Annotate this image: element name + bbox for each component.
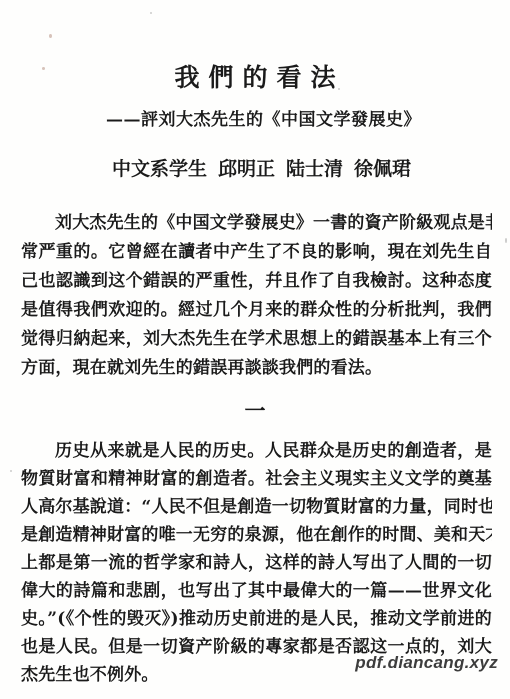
body-line: 刘大杰先生的《中国文学發展史》一書的資产阶級观点是非 — [21, 209, 492, 238]
paragraph-2: 历史从来就是人民的历史。人民群众是历史的創造者，是 物質財富和精神財富的創造者。… — [21, 437, 492, 689]
body-line: 是創造精神財富的唯一无穷的泉源，他在創作的时間、美和天才 — [21, 521, 492, 549]
body-line: 历史从来就是人民的历史。人民群众是历史的創造者，是 — [21, 437, 492, 465]
body-line: 己也認識到这个錯誤的严重性，幷且作了自我檢討。这种态度 — [21, 267, 492, 296]
byline-author: 陆士清 — [286, 154, 343, 181]
body-line: 人高尔基說道：“人民不但是創造一切物質財富的力量，同时也 — [21, 493, 492, 521]
body-line: 觉得归納起来，刘大杰先生在学术思想上的錯誤基本上有三个 — [21, 325, 492, 354]
scan-speck — [150, 12, 152, 14]
scanned-document-page: 我們的看法 ——評刘大杰先生的《中国文学發展史》 中文系学生 邱明正 陆士清 徐… — [0, 0, 510, 699]
watermark: pdf.diancang.xyz — [355, 653, 498, 673]
scan-speck — [49, 34, 52, 38]
section-marker: 一 — [0, 395, 510, 425]
byline-affiliation: 中文系学生 — [112, 154, 207, 181]
byline-author: 徐佩珺 — [354, 154, 411, 181]
article-subtitle: ——評刘大杰先生的《中国文学發展史》 — [106, 105, 421, 130]
body-line: 史。”(《个性的毁灭》)推动历史前进的是人民，推动文学前进的 — [21, 605, 492, 633]
scan-speck — [10, 470, 12, 472]
body-line: 常严重的。它曾經在讀者中产生了不良的影响，現在刘先生自 — [21, 238, 492, 267]
byline-author: 邱明正 — [218, 154, 275, 181]
body-line: 偉大的詩篇和悲剧，也写出了其中最偉大的一篇——世界文化 — [21, 577, 492, 605]
byline: 中文系学生 邱明正 陆士清 徐佩珺 — [112, 154, 411, 181]
scan-speck — [505, 238, 507, 243]
paragraph-1: 刘大杰先生的《中国文学發展史》一書的資产阶級观点是非 常严重的。它曾經在讀者中产… — [21, 209, 492, 383]
body-line: 物質財富和精神財富的創造者。社会主义現实主义文学的奠基 — [21, 465, 492, 493]
body-line: 是值得我們欢迎的。經过几个月来的群众性的分析批判，我們 — [21, 296, 492, 325]
body-line: 方面，現在就刘先生的錯誤再談談我們的看法。 — [21, 354, 492, 383]
body-line: 上都是第一流的哲学家和詩人，这样的詩人写出了人間的一切 — [21, 549, 492, 577]
article-title: 我們的看法 — [0, 58, 510, 94]
